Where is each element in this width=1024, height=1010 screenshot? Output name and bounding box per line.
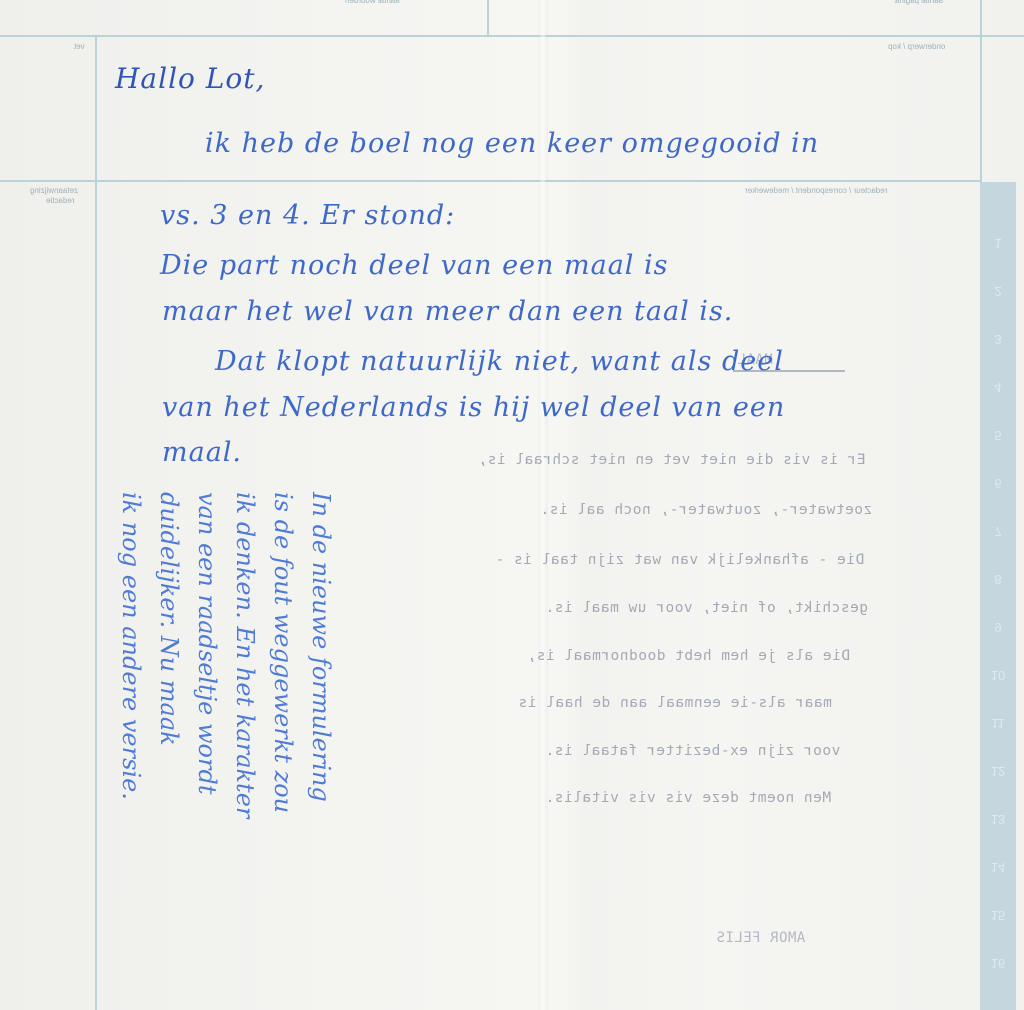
margin-note-line: ik nog een andere versie. xyxy=(112,492,150,992)
letter-line: vs. 3 en 4. Er stond: xyxy=(160,200,455,231)
ruler-number: 6 xyxy=(980,476,1016,491)
form-label-onderwerp: onderwerp / kop xyxy=(888,42,945,51)
typed-poem-line: Die - afhankelijk van wat zijn taal is - xyxy=(495,552,864,568)
ruler-number: 14 xyxy=(980,860,1016,875)
typed-poem-line: Die als je hem hebt doodnormaal is, xyxy=(527,648,850,664)
margin-note-vertical: In de nieuwe formulering is de fout wegg… xyxy=(110,492,340,992)
line-number-ruler: 1 2 3 4 5 6 7 8 9 10 11 12 13 14 15 16 xyxy=(980,182,1016,1010)
letter-line: Die part noch deel van een maal is xyxy=(160,250,669,281)
typed-poem-line: voor zijn ex-bezitter fataal is. xyxy=(545,743,840,759)
ruler-number: 4 xyxy=(980,380,1016,395)
margin-note-line: duidelijker. Nu maak xyxy=(150,492,188,992)
ruler-number: 12 xyxy=(980,764,1016,779)
letter-line: maal. xyxy=(162,437,242,468)
form-label-top-left: aantal woorden xyxy=(345,0,400,5)
form-label-redacteur: redacteur / correspondent / medewerker xyxy=(745,186,887,195)
letter-greeting: Hallo Lot, xyxy=(115,62,265,95)
letter-line: ik heb de boel nog een keer omgegooid in xyxy=(205,128,819,159)
ruler-number: 3 xyxy=(980,332,1016,347)
letter-line: van het Nederlands is hij wel deel van e… xyxy=(162,392,785,423)
form-line-right xyxy=(980,0,982,182)
ruler-number: 2 xyxy=(980,284,1016,299)
typed-poem-line: geschikt, of niet, voor uw maal is. xyxy=(545,600,868,616)
ruler-number: 7 xyxy=(980,524,1016,539)
ruler-number: 13 xyxy=(980,812,1016,827)
typed-author: AMOR FELIS xyxy=(716,930,805,946)
scanned-letter: aantal woorden aantal pagina vet onderwe… xyxy=(0,0,1024,1010)
ruler-number: 8 xyxy=(980,572,1016,587)
ruler-number: 11 xyxy=(980,716,1016,731)
typed-poem-line: zoetwater-, zoutwater-, noch aal is. xyxy=(540,502,872,518)
typed-poem-line: Men noemt deze vis vis vitalis. xyxy=(545,790,831,806)
margin-note-line: In de nieuwe formulering xyxy=(302,492,340,992)
typed-poem-line: maar als-ie eenmaal aan de haal is xyxy=(518,695,832,711)
form-line-top xyxy=(0,35,1024,37)
ruler-number: 1 xyxy=(980,236,1016,251)
margin-note-line: van een raadseltje wordt xyxy=(188,492,226,992)
margin-note-line: ik denken. En het karakter xyxy=(226,492,264,992)
form-label-top-right: aantal pagina xyxy=(895,0,943,5)
form-label-zetaanwijzing: zetaanwijzing xyxy=(30,186,78,195)
ruler-number: 5 xyxy=(980,428,1016,443)
ruler-number: 9 xyxy=(980,620,1016,635)
letter-line: maar het wel van meer dan een taal is. xyxy=(162,296,733,327)
typed-poem-line: Er is vis die niet vet en niet schraal i… xyxy=(478,452,866,468)
letter-line: Dat klopt natuurlijk niet, want als deel xyxy=(215,346,784,377)
form-line-left-margin xyxy=(95,35,97,1010)
form-line-top-divider xyxy=(487,0,489,35)
margin-note-line: is de fout weggewerkt zou xyxy=(264,492,302,992)
form-label-redactie: redactie xyxy=(46,196,74,205)
ruler-number: 16 xyxy=(980,956,1016,971)
form-label-vet: vet xyxy=(74,42,85,51)
ruler-number: 10 xyxy=(980,668,1016,683)
form-line-middle xyxy=(0,180,980,182)
ruler-number: 15 xyxy=(980,908,1016,923)
